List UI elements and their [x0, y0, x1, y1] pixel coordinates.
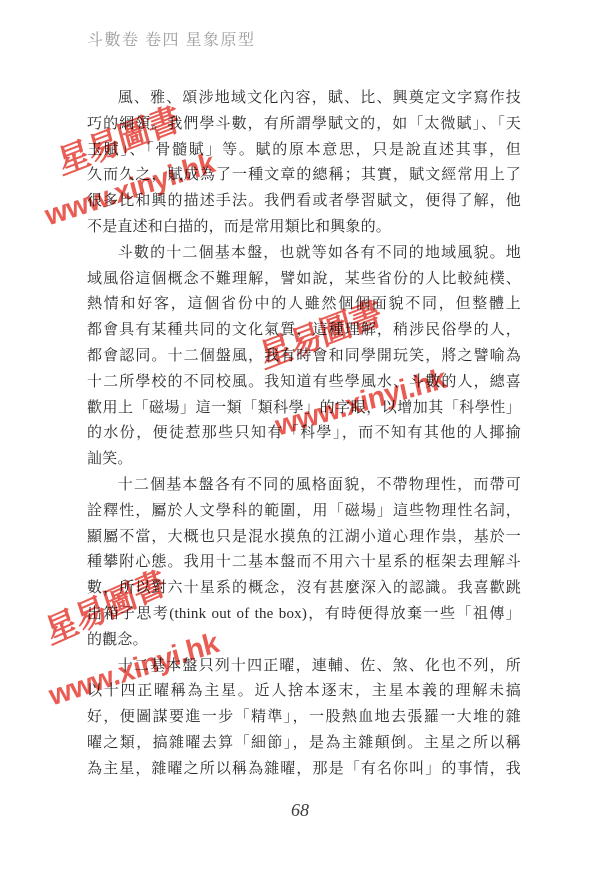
- text-line: 十二個基本盤各有不同的風格面貌，不帶物理性，而帶可: [87, 473, 521, 499]
- text-line: 都會認同。十二個盤風，我有時會和同學開玩笑，將之譬喻為: [87, 344, 521, 370]
- text-line: 種攀附心態。我用十二基本盤而不用六十星系的框架去理解斗: [87, 550, 521, 576]
- body-text: 風、雅、頌涉地域文化內容，賦、比、興奠定文字寫作技 巧的綱領。我們學斗數，有所謂…: [87, 86, 521, 783]
- text-line: 數，所以對六十星系的概念，沒有甚麼深入的認識。我喜歡跳: [87, 576, 521, 602]
- text-line: 域風俗這個概念不難理解，譬如說，某些省份的人比較純樸、: [87, 267, 521, 293]
- text-line: 久而久之，賦成為了一種文章的總稱；其實，賦文經常用上了: [87, 163, 521, 189]
- text-line: 十二基本盤只列十四正曜，連輔、佐、煞、化也不列，所: [87, 654, 521, 680]
- scanned-book-page: 斗數卷 卷四 星象原型 風、雅、頌涉地域文化內容，賦、比、興奠定文字寫作技 巧的…: [0, 0, 600, 869]
- text-line: 以十四正曜稱為主星。近人捨本逐末，主星本義的理解未搞: [87, 679, 521, 705]
- text-line: 巧的綱領。我們學斗數，有所謂學賦文的，如「太微賦」、「天: [87, 112, 521, 138]
- text-line: 很多比和興的描述手法。我們看或者學習賦文，便得了解，他: [87, 189, 521, 215]
- text-line: 出箱子思考(think out of the box)，有時便得放棄一些「祖傳」: [87, 602, 521, 628]
- text-line: 顯屬不當，大概也只是混水摸魚的江湖小道心理作祟，基於一: [87, 525, 521, 551]
- text-line: 詮釋性，屬於人文學科的範圍，用「磁場」這些物理性名詞，: [87, 499, 521, 525]
- text-line: 好，便圖謀要進一步「精準」，一股熱血地去張羅一大堆的雜: [87, 705, 521, 731]
- text-line: 風、雅、頌涉地域文化內容，賦、比、興奠定文字寫作技: [87, 86, 521, 112]
- text-line: 都會具有某種共同的文化氣質，這種理解，稍涉民俗學的人，: [87, 318, 521, 344]
- text-line: 的觀念。: [87, 628, 521, 654]
- running-header: 斗數卷 卷四 星象原型: [87, 27, 256, 50]
- paragraph: 斗數的十二個基本盤，也就等如各有不同的地域風貌。地 域風俗這個概念不難理解，譬如…: [87, 241, 521, 473]
- text-line: 歡用上「磁場」這一類「類科學」的字眼，以增加其「科學性」: [87, 396, 521, 422]
- text-line: 熱情和好客，這個省份中的人雖然個個面貌不同，但整體上: [87, 292, 521, 318]
- text-line: 玉賦」、「骨髓賦」等。賦的原本意思，只是說直述其事，但: [87, 138, 521, 164]
- text-line: 的水份，便徒惹那些只知有「科學」，而不知有其他的人揶揄: [87, 421, 521, 447]
- page-number: 68: [0, 800, 600, 821]
- text-line: 不是直述和白描的，而是常用類比和興象的。: [87, 215, 521, 241]
- paragraph: 十二基本盤只列十四正曜，連輔、佐、煞、化也不列，所 以十四正曜稱為主星。近人捨本…: [87, 654, 521, 783]
- text-line: 曜之類，搞雜曜去算「細節」，是為主雜顛倒。主星之所以稱: [87, 731, 521, 757]
- text-line: 為主星，雜曜之所以稱為雜曜，那是「有名你叫」的事情，我: [87, 757, 521, 783]
- paragraph: 風、雅、頌涉地域文化內容，賦、比、興奠定文字寫作技 巧的綱領。我們學斗數，有所謂…: [87, 86, 521, 241]
- paragraph: 十二個基本盤各有不同的風格面貌，不帶物理性，而帶可 詮釋性，屬於人文學科的範圍，…: [87, 473, 521, 654]
- text-line: 訕笑。: [87, 447, 521, 473]
- text-line: 十二所學校的不同校風。我知道有些學風水、斗數的人，總喜: [87, 370, 521, 396]
- text-line: 斗數的十二個基本盤，也就等如各有不同的地域風貌。地: [87, 241, 521, 267]
